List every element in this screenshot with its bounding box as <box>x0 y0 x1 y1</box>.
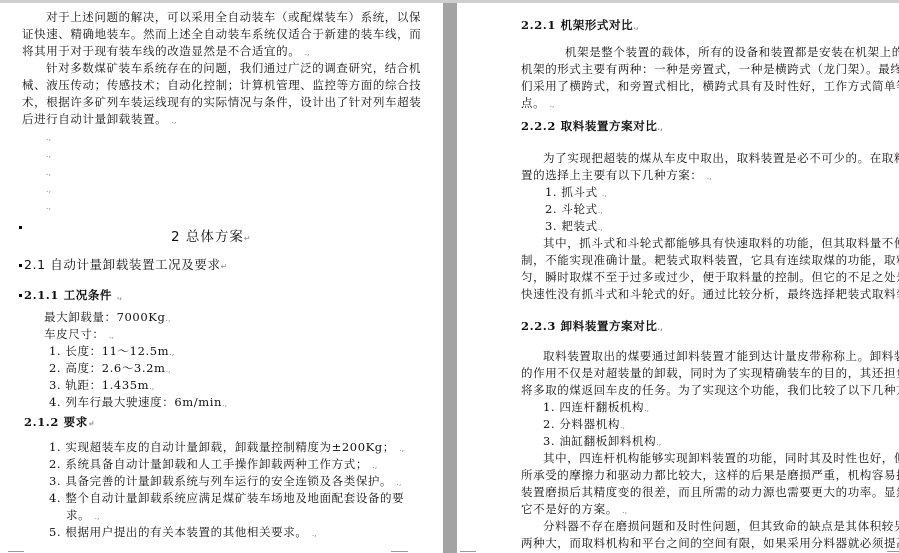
document-page-right[interactable]: 2.2.1 机架形式对比., 机架是整个装置的载体，所有的设备和装置都是安装在机… <box>457 3 899 553</box>
condition-line: 车皮尺寸： ., <box>44 327 114 343</box>
paragraph-line: 术，根据许多矿列车装运线现有的实际情况与条件，设计出了针对列车超装 <box>22 95 421 109</box>
section-heading-2-1: 2.1 自动计量卸载装置工况及要求↵ <box>24 258 227 274</box>
paragraph-line: 机架的形式主要有两种：一种是旁置式，一种是横跨式（龙门架）。最终我 <box>521 62 899 76</box>
requirement-item: 1. 实现超装车皮的自动计量卸载，卸载量控制精度为±200Kg； ., <box>49 440 404 456</box>
paragraph-line: 分料器不存在磨损问题和及时性问题，但其致命的缺点是其体积较另外 <box>543 519 899 533</box>
paragraph-line: 所承受的摩擦力和驱动力都比较大，这样的后果是磨损严重，机构容易损坏， <box>521 468 899 482</box>
option-item: 2. 分料器机构., <box>543 417 625 433</box>
paragraph-line: 匀，瞬时取煤不至于过多或过少，便于取料量的控制。但它的不足之处是其 <box>521 270 899 284</box>
crop-mark <box>391 551 408 552</box>
paragraph-line: 置的选择上主要有以下几种方案： ., <box>521 168 712 184</box>
paragraph-line: 其中，四连杆机构能够实现卸料装置的功能，同时其及时性也好，但其 <box>543 451 899 465</box>
empty-paragraph-mark: ., <box>46 200 51 214</box>
option-item: 1. 四连杆翻板机构., <box>543 400 649 416</box>
option-item: 3. 油缸翻板卸料机构., <box>543 434 661 450</box>
paragraph-line: 械、液压传动；传感技术；自动化控制；计算机管理、监控等方面的综合技 <box>22 78 421 92</box>
crop-mark <box>8 551 24 552</box>
paragraph-line: 制，不能实现准确计量。耙装式取料装置，它具有连续取煤的功能，取料均 <box>521 253 899 267</box>
page-gap <box>443 3 457 553</box>
paragraph-line: 将其用于对于现有装车线的改造显然是不合适宜的。 ., <box>22 44 310 60</box>
empty-paragraph-mark: ., <box>46 131 51 145</box>
paragraph-line: 的作用不仅是对超装量的卸载，同时为了实现精确装车的目的，其还担负着 <box>521 366 899 380</box>
requirement-item: 4. 整个自动计量卸载系统应满足煤矿装车场地及地面配套设备的要 <box>49 491 404 505</box>
paragraph-format-bullet <box>19 294 22 297</box>
condition-item: 2. 高度：2.6～3.2m., <box>49 361 171 377</box>
section-heading-2-2-3: 2.2.3 卸料装置方案对比., <box>521 319 663 334</box>
crop-mark <box>460 551 476 552</box>
condition-item: 1. 长度：11～12.5m., <box>49 344 174 360</box>
paragraph-line: 证快速、精确地装车。然而上述全自动装车系统仅适合于新建的装车线，而 <box>22 27 421 41</box>
paragraph-line: 将多取的煤返回车皮的任务。为了实现这个功能，我们比较了以下几种方案：., <box>521 383 899 399</box>
paragraph-line: 快速性没有抓斗式和斗轮式的好。通过比较分析，最终选择耙装式取料装置。., <box>521 287 899 303</box>
paragraph-line: 它不是好的方案。 ., <box>521 502 627 518</box>
empty-paragraph-mark: ., <box>46 166 51 180</box>
paragraph-line: 后进行自动计量卸载装置。 ., <box>22 112 177 128</box>
paragraph-line: 们采用了横跨式，和旁置式相比，横跨式具有及时性好，工作方式简单等优 <box>521 79 899 93</box>
paragraph-format-bullet <box>19 226 22 229</box>
paragraph-line: 为了实现把超装的煤从车皮中取出，取料装置是必不可少的。在取料装 <box>543 151 899 165</box>
paragraph-line: 其中，抓斗式和斗轮式都能够具有快速取料的功能，但其取料量不便控 <box>543 236 899 250</box>
paragraph-line: 针对多数煤矿装车系统存在的问题，我们通过广泛的调查研究，结合机 <box>46 61 421 75</box>
paragraph-line: 点。 ., <box>521 96 555 112</box>
crop-mark <box>887 551 899 552</box>
paragraph-line: 取料装置取出的煤要通过卸料装置才能到达计量皮带称称上。卸料装置 <box>543 349 899 363</box>
paragraph-line: 两种大，而取料机构和平台之间的空间有限，如果采用分料器就必须提高取 <box>521 536 899 550</box>
chapter-title: 2 总体方案↵ <box>171 230 251 246</box>
paragraph-line: 机架是整个装置的载体，所有的设备和装置都是安装在机架上的。 <box>565 45 899 59</box>
condition-item: 4. 列车行最大驶速度：6m/min., <box>49 395 227 411</box>
section-heading-2-1-1: 2.1.1 工况条件 ., <box>24 288 122 303</box>
paragraph-format-bullet <box>19 264 22 267</box>
section-heading-2-2-2: 2.2.2 取料装置方案对比., <box>521 119 663 134</box>
option-item: 3. 耙装式., <box>545 219 603 235</box>
requirement-item: 5. 根据用户提出的有关本装置的其他相关要求。 ., <box>49 525 317 541</box>
condition-line: 最大卸载量：7000Kg., <box>44 310 171 326</box>
empty-paragraph-mark: ., <box>46 148 51 162</box>
paragraph-line: 对于上述问题的解决，可以采用全自动装车（或配煤装车）系统，以保 <box>46 10 421 24</box>
section-heading-2-2-1: 2.2.1 机架形式对比., <box>521 18 639 33</box>
paragraph-line: 装置磨损后其精度变的很差，而且所需的动力源也需要更大的功率。显然， <box>521 485 899 499</box>
condition-item: 3. 轨距：1.435m., <box>49 378 154 394</box>
option-item: 1. 抓斗式 ., <box>545 185 607 201</box>
requirement-item-continued: 求。 ., <box>66 508 100 524</box>
requirement-item: 2. 系统具备自动计量卸载和人工手操作卸载两种工作方式； ., <box>49 457 377 473</box>
option-item: 2. 斗轮式., <box>545 202 603 218</box>
document-page-left[interactable]: 对于上述问题的解决，可以采用全自动装车（或配煤装车）系统，以保 证快速、精确地装… <box>0 3 443 553</box>
section-heading-2-1-2: 2.1.2 要求↵ <box>24 415 95 430</box>
requirement-item: 3. 具备完善的计量卸载系统与列车运行的安全连锁及各类保护。 ., <box>49 474 401 490</box>
empty-paragraph-mark: ., <box>46 183 51 197</box>
